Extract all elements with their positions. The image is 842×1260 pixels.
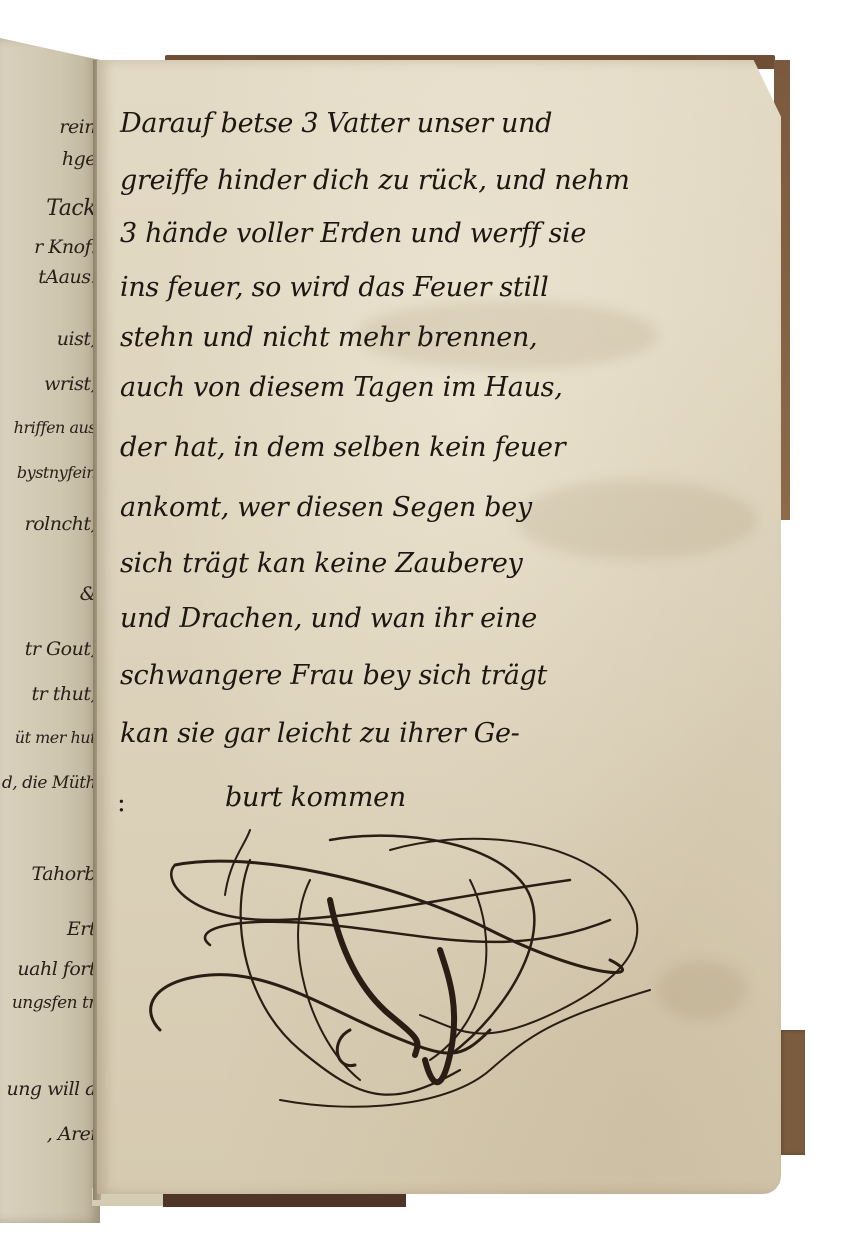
ink-stain: [517, 480, 757, 560]
manuscript-line: auch von diesem Tagen im Haus,: [120, 372, 563, 403]
verso-line: hriffen aus: [14, 418, 96, 437]
manuscript-line: stehn und nicht mehr brennen,: [120, 322, 537, 353]
verso-line: d, die Müth: [2, 773, 96, 793]
verso-line: rolncht,: [25, 513, 96, 535]
verso-line: Ert: [67, 918, 96, 940]
manuscript-line: ins feuer, so wird das Feuer still: [120, 272, 548, 303]
manuscript-line: kan sie gar leicht zu ihrer Ge-: [120, 718, 520, 749]
verso-line: rein: [59, 116, 96, 138]
manuscript-line: Darauf betse 3 Vatter unser und: [120, 108, 552, 139]
manuscript-line: 3 hände voller Erden und werff sie: [120, 218, 586, 249]
cover-board-bottom-edge: [163, 1193, 406, 1207]
verso-line: tAaus.: [38, 266, 96, 288]
verso-line: Tack: [46, 196, 96, 221]
calligraphic-flourish-icon: [130, 820, 710, 1120]
manuscript-line: greiffe hinder dich zu rück, und nehm: [120, 165, 630, 196]
verso-line: , Arei: [47, 1123, 96, 1145]
verso-line: ung will a: [6, 1078, 96, 1100]
manuscript-line: der hat, in dem selben kein feuer: [120, 432, 565, 463]
verso-line: üt mer hut: [15, 728, 96, 747]
cover-board-corner-tab: [779, 1030, 805, 1155]
verso-line: tr Gout,: [25, 638, 96, 660]
manuscript-line: ankomt, wer diesen Segen bey: [120, 492, 532, 523]
verso-line: bystnyfein: [17, 463, 96, 482]
manuscript-line: und Drachen, und wan ihr eine: [120, 603, 537, 634]
left-page-edge: rein hge Tack r Knof. tAaus. uist, wrist…: [0, 38, 100, 1223]
verso-line: uahl fort: [17, 958, 96, 980]
manuscript-line: schwangere Frau bey sich trägt: [120, 660, 547, 691]
verso-line: r Knof.: [34, 236, 96, 258]
verso-line: wrist,: [44, 373, 96, 395]
verso-line: uist,: [57, 328, 96, 350]
verso-line: Tahorb: [32, 863, 96, 885]
verso-line: tr thut,: [31, 683, 96, 705]
manuscript-line: burt kommen: [225, 782, 406, 813]
verso-line: ungsfen tr: [12, 993, 96, 1013]
verso-line: hge: [62, 148, 96, 170]
manuscript-line: sich trägt kan keine Zauberey: [120, 548, 522, 579]
colon-mark: :: [117, 788, 126, 818]
